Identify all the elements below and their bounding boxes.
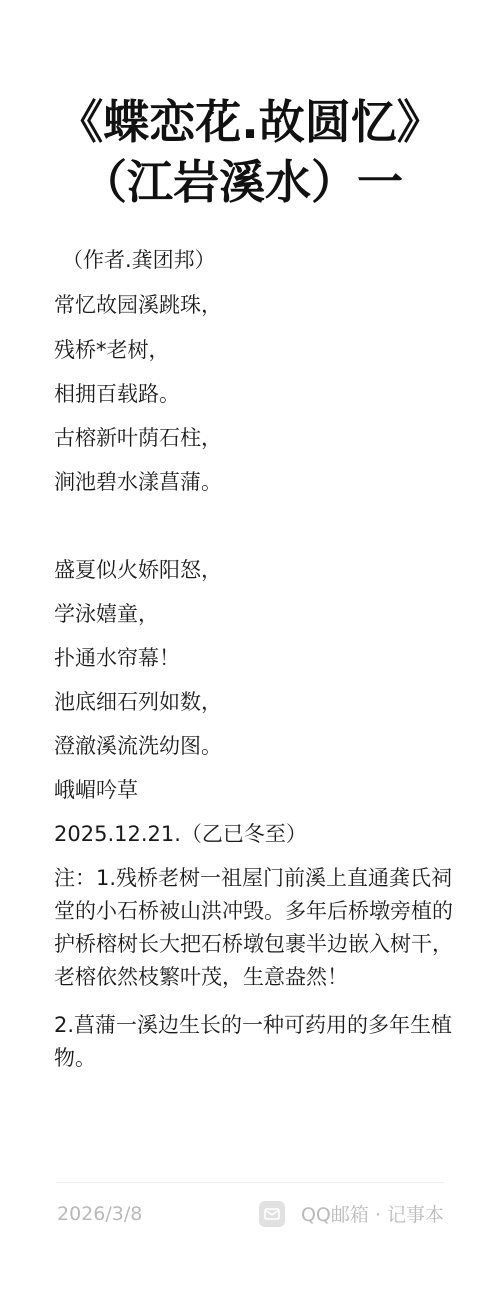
signature: 峨嵋吟草 [54,776,138,804]
date-line: 2025.12.21.（乙已冬至） [54,820,307,848]
poem-line: 常忆故园溪跳珠， [54,291,222,319]
poem-title: 《蝶恋花.故圆忆》 [0,92,500,152]
footer-source-label: QQ邮箱 · 记事本 [301,1200,444,1227]
poem-line: 扑通水帘幕！ [54,644,180,672]
poem-line: 澄澈溪流洗幼图。 [54,732,222,760]
note-1: 注：1.残桥老树一祖屋门前溪上直通龚氏祠堂的小石桥被山洪冲毁。多年后桥墩旁植的护… [54,862,454,994]
author-line: （作者.龚团邦） [62,246,216,274]
poem-line: 古榕新叶荫石柱， [54,424,222,452]
footer-source: QQ邮箱 · 记事本 [259,1200,444,1227]
poem-line: 残桥*老树， [54,336,170,364]
poem-line: 学泳嬉童， [54,600,159,628]
poem-line: 涧池碧水漾菖蒲。 [54,468,222,496]
poem-line: 池底细石列如数， [54,688,222,716]
footer-divider [56,1182,444,1183]
poem-line: 相拥百载路。 [54,380,180,408]
note-2: 2.菖蒲一溪边生长的一种可药用的多年生植物。 [54,1009,454,1075]
footer-date: 2026/3/8 [57,1203,142,1225]
poem-subtitle: （江岩溪水）一 [0,152,492,212]
mail-icon [259,1201,285,1227]
poem-line: 盛夏似火娇阳怒， [54,556,222,584]
